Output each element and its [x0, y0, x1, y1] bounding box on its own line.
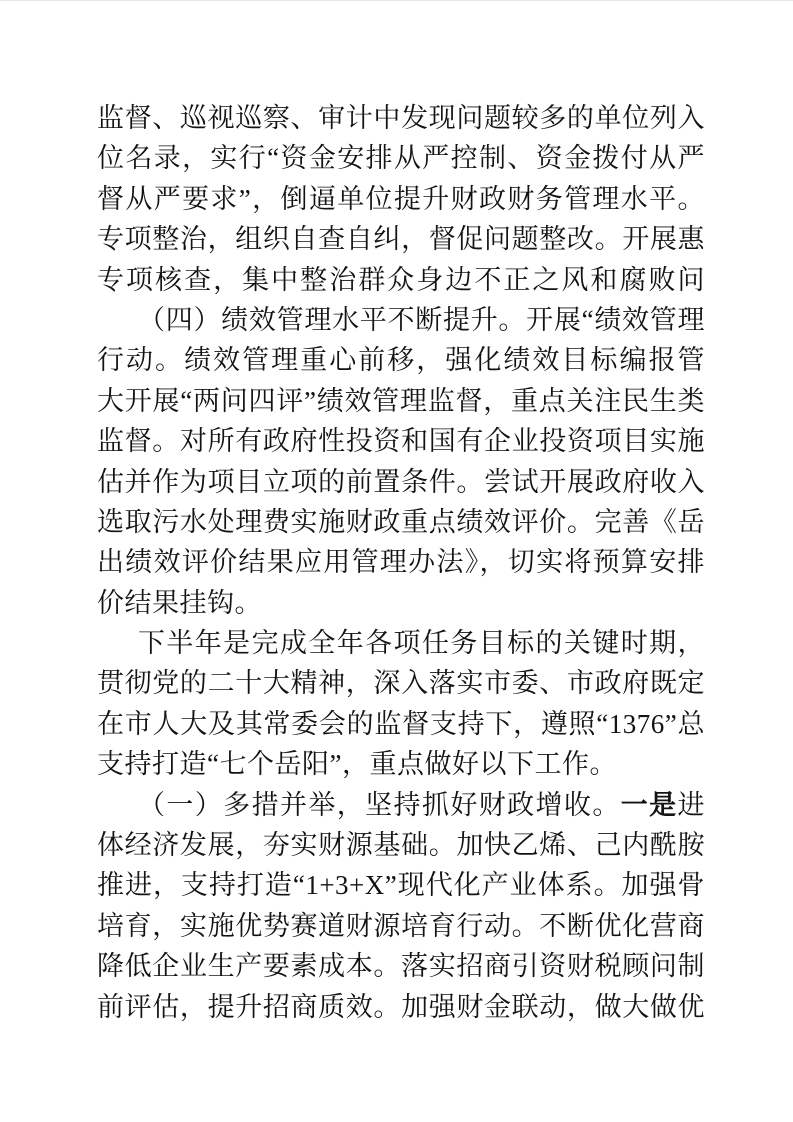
text-line: 体经济发展，夯实财源基础。加快乙烯、己内酰胺等重大项目 — [97, 825, 705, 865]
text-line: 培育，实施优势赛道财源培育行动。不断优化营商环境，持续 — [97, 906, 705, 946]
text-line: 贯彻党的二十大精神，深入落实市委、市政府既定方针政策， — [97, 663, 705, 703]
paragraph-second-half-outlook: 下半年是完成全年各项任务目标的关键时期，我们将全面 贯彻党的二十大精神，深入落实… — [97, 623, 705, 785]
text-line: 选取污水处理费实施财政重点绩效评价。完善《岳阳市财政支 — [97, 502, 705, 542]
text-line: 在市人大及其常委会的监督支持下，遵照“1376”总体思路， — [97, 704, 705, 744]
document-page: 监督、巡视巡察、审计中发现问题较多的单位列入重点监督单 位名录，实行“资金安排从… — [0, 0, 793, 1122]
paragraph-supervision: 监督、巡视巡察、审计中发现问题较多的单位列入重点监督单 位名录，实行“资金安排从… — [97, 98, 705, 300]
text-line: 行动。绩效管理重心前移，强化绩效目标编报管理。配合市人 — [97, 340, 705, 380]
text-line: （一）多措并举，坚持抓好财政增收。一是进一步支持实 — [97, 785, 705, 825]
paragraph-performance-management: （四）绩效管理水平不断提升。开展“绩效管理巩固年” 行动。绩效管理重心前移，强化… — [97, 300, 705, 623]
paragraph-revenue-growth: （一）多措并举，坚持抓好财政增收。一是进一步支持实 体经济发展，夯实财源基础。加… — [97, 785, 705, 1027]
text-line: 专项核查，集中整治群众身边不正之风和腐败问题。 — [97, 260, 705, 300]
text-line: 监督、巡视巡察、审计中发现问题较多的单位列入重点监督单 — [97, 98, 705, 138]
text-line: 估并作为项目立项的前置条件。尝试开展政府收入绩效评价， — [97, 462, 705, 502]
text-line: 降低企业生产要素成本。落实招商引资财税顾问制度，强化事 — [97, 946, 705, 986]
bold-emphasis: 一是 — [621, 790, 678, 820]
text-line: 大开展“两问四评”绩效管理监督，重点关注民生类资金绩效 — [97, 381, 705, 421]
text-line: 督从严要求”，倒逼单位提升财政财务管理水平。深化财经纪律 — [97, 179, 705, 219]
text-line: 位名录，实行“资金安排从严控制、资金拨付从严审核、日常监 — [97, 138, 705, 178]
text-line: 专项整治，组织自查自纠，督促问题整改。开展惠农补贴资金 — [97, 219, 705, 259]
text-line: 价结果挂钩。 — [97, 583, 705, 623]
text-line: （四）绩效管理水平不断提升。开展“绩效管理巩固年” — [97, 300, 705, 340]
text-line: 推进，支持打造“1+3+X”现代化产业体系。加强骨干税源企业 — [97, 865, 705, 905]
text-line: 前评估，提升招商质效。加强财金联动，做大做优市财金集团 — [97, 987, 705, 1027]
text-segment: （一）多措并举，坚持抓好财政增收。 — [138, 790, 621, 820]
text-line: 下半年是完成全年各项任务目标的关键时期，我们将全面 — [97, 623, 705, 663]
text-line: 出绩效评价结果应用管理办法》，切实将预算安排和执行与评 — [97, 542, 705, 582]
text-line: 监督。对所有政府性投资和国有企业投资项目实施事前绩效评 — [97, 421, 705, 461]
text-line: 支持打造“七个岳阳”，重点做好以下工作。 — [97, 744, 705, 784]
